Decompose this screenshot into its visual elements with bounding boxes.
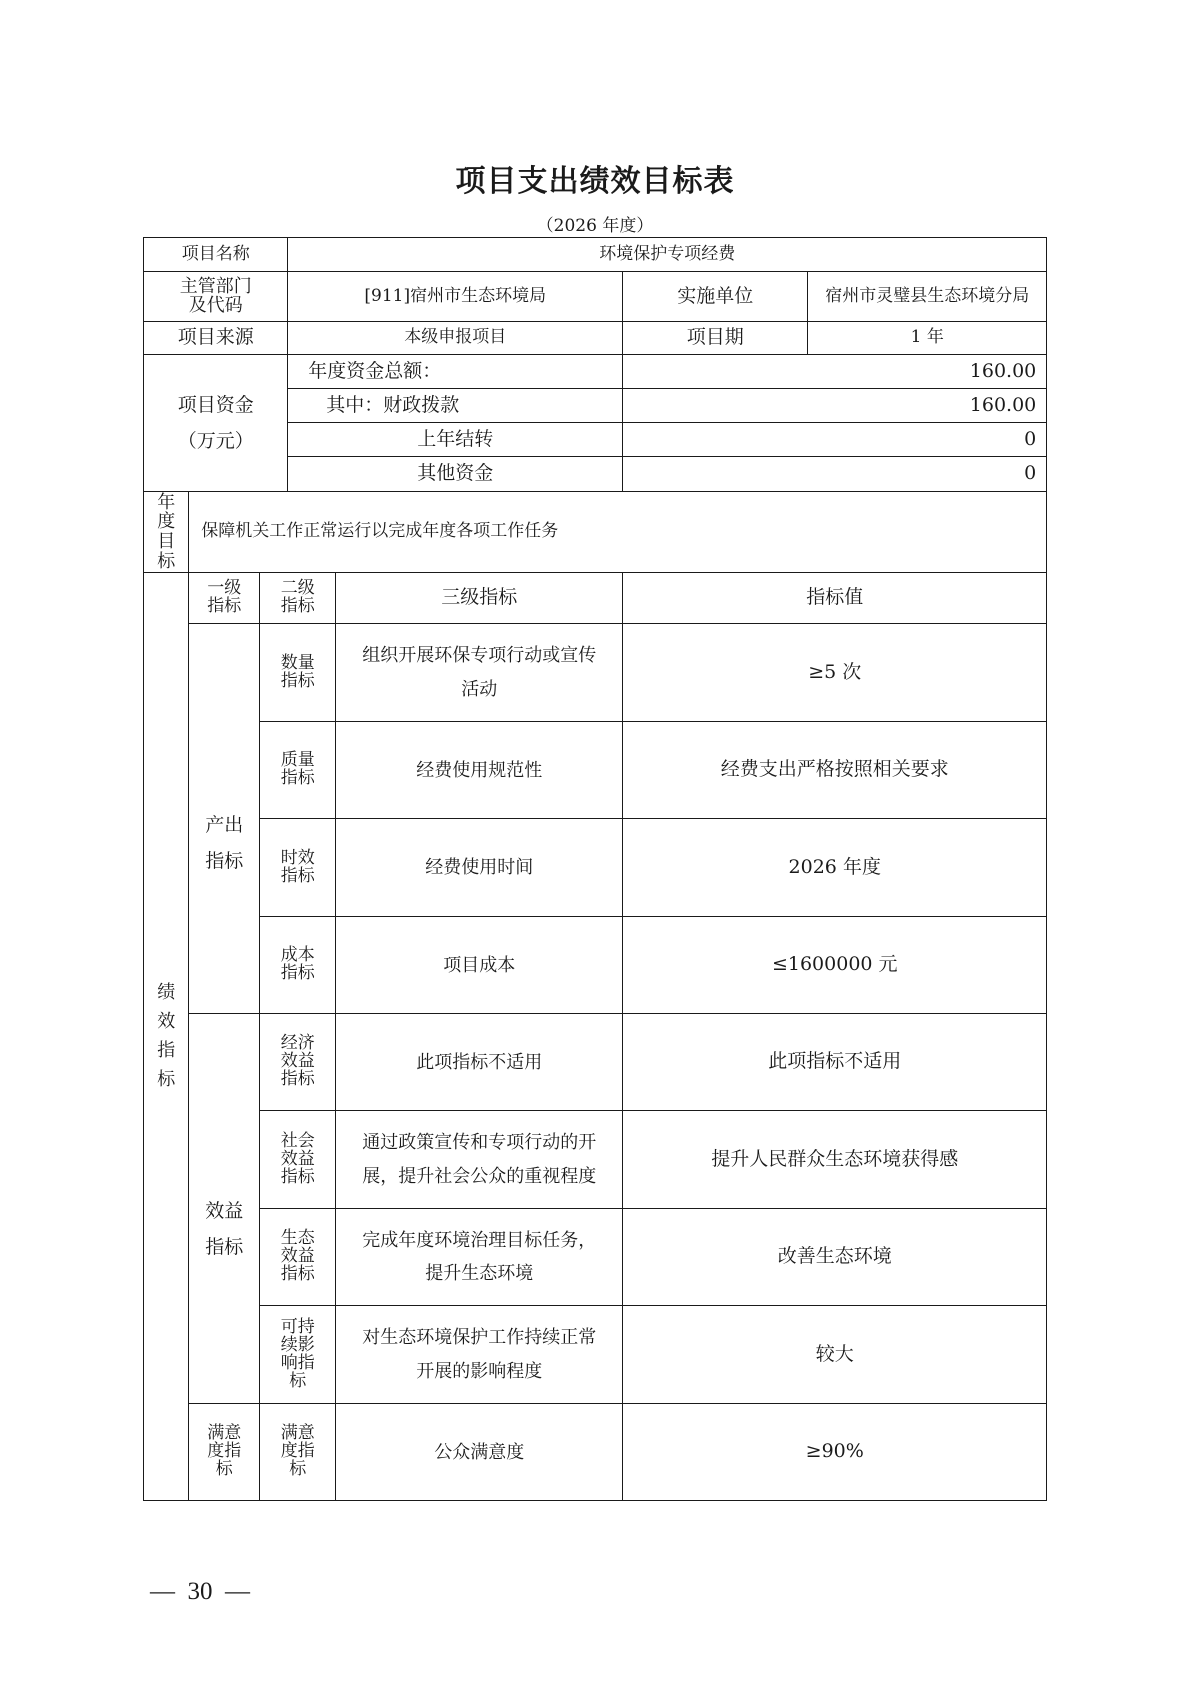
group-satisfaction-line3: 标 <box>216 1461 233 1479</box>
value-text: 2026 年度 <box>789 857 881 879</box>
level3-line: 此项指标不适用 <box>416 1046 542 1079</box>
funds-total-value-text: 160.00 <box>970 361 1036 383</box>
indicator-row-level2: 可持 续影 响指 标 <box>259 1305 336 1404</box>
level2-line: 指标 <box>281 673 315 691</box>
funds-other-label-text: 其他资金 <box>417 463 493 485</box>
value-text: 较大 <box>816 1344 854 1366</box>
funds-label-line2: （万元） <box>178 423 254 459</box>
group-benefit-line2: 指标 <box>205 1229 243 1265</box>
funds-total-label-text: 年度资金总额： <box>308 361 441 383</box>
funds-fiscal-value: 160.00 <box>622 388 1047 423</box>
funds-other-value: 0 <box>622 456 1047 492</box>
level3-line: 组织开展环保专项行动或宣传 <box>362 639 596 672</box>
page-number: — 30 — <box>150 1578 250 1606</box>
funds-carryover-label-text: 上年结转 <box>417 429 493 451</box>
indicator-row-value: 改善生态环境 <box>622 1208 1047 1306</box>
funds-fiscal-label: 其中：财政拨款 <box>287 388 623 423</box>
level2-line: 指标 <box>281 1266 315 1284</box>
indicator-row-level2: 数量 指标 <box>259 623 336 722</box>
indicator-row-value: 经费支出严格按照相关要求 <box>622 721 1047 819</box>
source-value-text: 本级申报项目 <box>404 328 506 348</box>
indicator-row-value: ≥90% <box>622 1403 1047 1501</box>
funds-other-value-text: 0 <box>1024 463 1036 485</box>
indicator-row-level3: 公众满意度 <box>335 1403 623 1501</box>
level2-line: 标 <box>289 1373 306 1391</box>
value-text: ≥90% <box>806 1441 864 1463</box>
level2-line: 标 <box>289 1461 306 1479</box>
indicator-row-value: ≤1600000 元 <box>622 916 1047 1014</box>
indicator-row-level2: 经济 效益 指标 <box>259 1013 336 1111</box>
project-name-label-text: 项目名称 <box>182 245 250 265</box>
indicator-row-value: 提升人民群众生态环境获得感 <box>622 1110 1047 1209</box>
indicator-row-value: 较大 <box>622 1305 1047 1404</box>
header-value-text: 指标值 <box>806 587 863 609</box>
level3-line: 提升生态环境 <box>425 1257 533 1290</box>
project-name-value-text: 环境保护专项经费 <box>599 245 735 265</box>
annual-goal-label-char: 目 <box>157 532 175 552</box>
annual-goal-label-char: 度 <box>157 512 175 532</box>
header-value: 指标值 <box>622 572 1047 624</box>
indicator-row-level2: 社会 效益 指标 <box>259 1110 336 1209</box>
dept-label: 主管部门 及代码 <box>143 271 288 322</box>
header-level3: 三级指标 <box>335 572 623 624</box>
indicator-row-level3: 对生态环境保护工作持续正常 开展的影响程度 <box>335 1305 623 1404</box>
indicator-row-level3: 完成年度环境治理目标任务， 提升生态环境 <box>335 1208 623 1306</box>
indicator-row-value: ≥5 次 <box>622 623 1047 722</box>
indicator-row-value: 此项指标不适用 <box>622 1013 1047 1111</box>
funds-total-value: 160.00 <box>622 354 1047 389</box>
level2-line: 指标 <box>281 965 315 983</box>
indicator-row-level3: 经费使用时间 <box>335 818 623 917</box>
value-text: 改善生态环境 <box>778 1246 892 1268</box>
level2-line: 响指 <box>281 1355 315 1373</box>
group-output-line1: 产出 <box>205 807 243 843</box>
header-level3-text: 三级指标 <box>441 587 517 609</box>
indicator-row-level3: 此项指标不适用 <box>335 1013 623 1111</box>
funds-carryover-value-text: 0 <box>1024 429 1036 451</box>
impl-unit-value: 宿州市灵璧县生态环境分局 <box>807 271 1047 322</box>
annual-goal-text-content: 保障机关工作正常运行以完成年度各项工作任务 <box>201 522 558 542</box>
impl-unit-value-text: 宿州市灵璧县生态环境分局 <box>825 287 1029 307</box>
header-level2: 二级 指标 <box>259 572 336 624</box>
section-label-char: 效 <box>157 1008 175 1037</box>
period-label-text: 项目期 <box>687 327 744 349</box>
source-value: 本级申报项目 <box>287 321 623 355</box>
funds-label-line1: 项目资金 <box>178 387 254 423</box>
source-label: 项目来源 <box>143 321 288 355</box>
group-output-line2: 指标 <box>205 843 243 879</box>
level3-line: 完成年度环境治理目标任务， <box>362 1224 596 1257</box>
annual-goal-label-char: 标 <box>157 552 175 572</box>
section-label-char: 指 <box>157 1037 175 1066</box>
level3-line: 项目成本 <box>443 949 515 982</box>
level3-line: 公众满意度 <box>434 1436 524 1469</box>
dept-value: [911]宿州市生态环境局 <box>287 271 623 322</box>
group-satisfaction: 满意 度指 标 <box>188 1403 260 1501</box>
value-text: 提升人民群众生态环境获得感 <box>711 1149 958 1171</box>
value-text: ≥5 次 <box>808 662 861 684</box>
value-text: ≤1600000 元 <box>772 954 898 976</box>
funds-fiscal-label-text: 其中：财政拨款 <box>326 395 459 417</box>
indicator-row-level2: 质量 指标 <box>259 721 336 819</box>
level3-line: 对生态环境保护工作持续正常 <box>362 1321 596 1354</box>
period-value: 1 年 <box>807 321 1047 355</box>
funds-other-label: 其他资金 <box>287 456 623 492</box>
funds-carryover-value: 0 <box>622 422 1047 457</box>
annual-goal-text: 保障机关工作正常运行以完成年度各项工作任务 <box>188 491 1047 573</box>
indicator-row-level3: 组织开展环保专项行动或宣传 活动 <box>335 623 623 722</box>
impl-unit-label: 实施单位 <box>622 271 808 322</box>
value-text: 经费支出严格按照相关要求 <box>721 759 949 781</box>
level3-line: 经费使用时间 <box>425 851 533 884</box>
funds-label: 项目资金 （万元） <box>143 354 288 492</box>
group-output: 产出 指标 <box>188 623 260 1014</box>
indicator-row-level2: 成本 指标 <box>259 916 336 1014</box>
document-title: 项目支出绩效目标表 <box>0 156 1190 200</box>
period-value-text: 1 年 <box>911 328 944 348</box>
level3-line: 开展的影响程度 <box>416 1355 542 1388</box>
annual-goal-label: 年 度 目 标 <box>143 491 189 573</box>
indicator-row-level2: 生态 效益 指标 <box>259 1208 336 1306</box>
section-label-char: 标 <box>157 1066 175 1095</box>
group-benefit-line1: 效益 <box>205 1193 243 1229</box>
level2-line: 效益 <box>281 1151 315 1169</box>
annual-goal-label-char: 年 <box>157 493 175 513</box>
performance-indicators-label: 绩 效 指 标 <box>143 572 189 1501</box>
value-text: 此项指标不适用 <box>768 1051 901 1073</box>
level3-line: 活动 <box>461 673 497 706</box>
impl-unit-label-text: 实施单位 <box>677 286 753 308</box>
dept-label-line1: 主管部门 <box>180 278 252 297</box>
indicator-row-level3: 通过政策宣传和专项行动的开 展，提升社会公众的重视程度 <box>335 1110 623 1209</box>
funds-fiscal-value-text: 160.00 <box>970 395 1036 417</box>
period-label: 项目期 <box>622 321 808 355</box>
level3-line: 经费使用规范性 <box>416 754 542 787</box>
level2-line: 指标 <box>281 770 315 788</box>
header-level1: 一级 指标 <box>188 572 260 624</box>
funds-total-label: 年度资金总额： <box>287 354 623 389</box>
funds-carryover-label: 上年结转 <box>287 422 623 457</box>
group-benefit: 效益 指标 <box>188 1013 260 1404</box>
indicator-row-level2: 时效 指标 <box>259 818 336 917</box>
level3-line: 通过政策宣传和专项行动的开 <box>362 1126 596 1159</box>
project-name-label: 项目名称 <box>143 237 288 272</box>
level2-line: 指标 <box>281 1071 315 1089</box>
level2-line: 指标 <box>281 1169 315 1187</box>
header-level2-line2: 指标 <box>281 598 315 616</box>
document-subtitle-year: （2026 年度） <box>0 211 1190 236</box>
dept-value-text: [911]宿州市生态环境局 <box>364 287 546 307</box>
indicator-row-level3: 经费使用规范性 <box>335 721 623 819</box>
indicator-row-value: 2026 年度 <box>622 818 1047 917</box>
indicator-row-level2: 满意 度指 标 <box>259 1403 336 1501</box>
header-level1-line2: 指标 <box>207 598 241 616</box>
source-label-text: 项目来源 <box>178 327 254 349</box>
section-label-char: 绩 <box>157 979 175 1008</box>
project-name-value: 环境保护专项经费 <box>287 237 1047 272</box>
level3-line: 展，提升社会公众的重视程度 <box>362 1160 596 1193</box>
dept-label-line2: 及代码 <box>189 297 243 316</box>
level2-line: 指标 <box>281 868 315 886</box>
indicator-row-level3: 项目成本 <box>335 916 623 1014</box>
